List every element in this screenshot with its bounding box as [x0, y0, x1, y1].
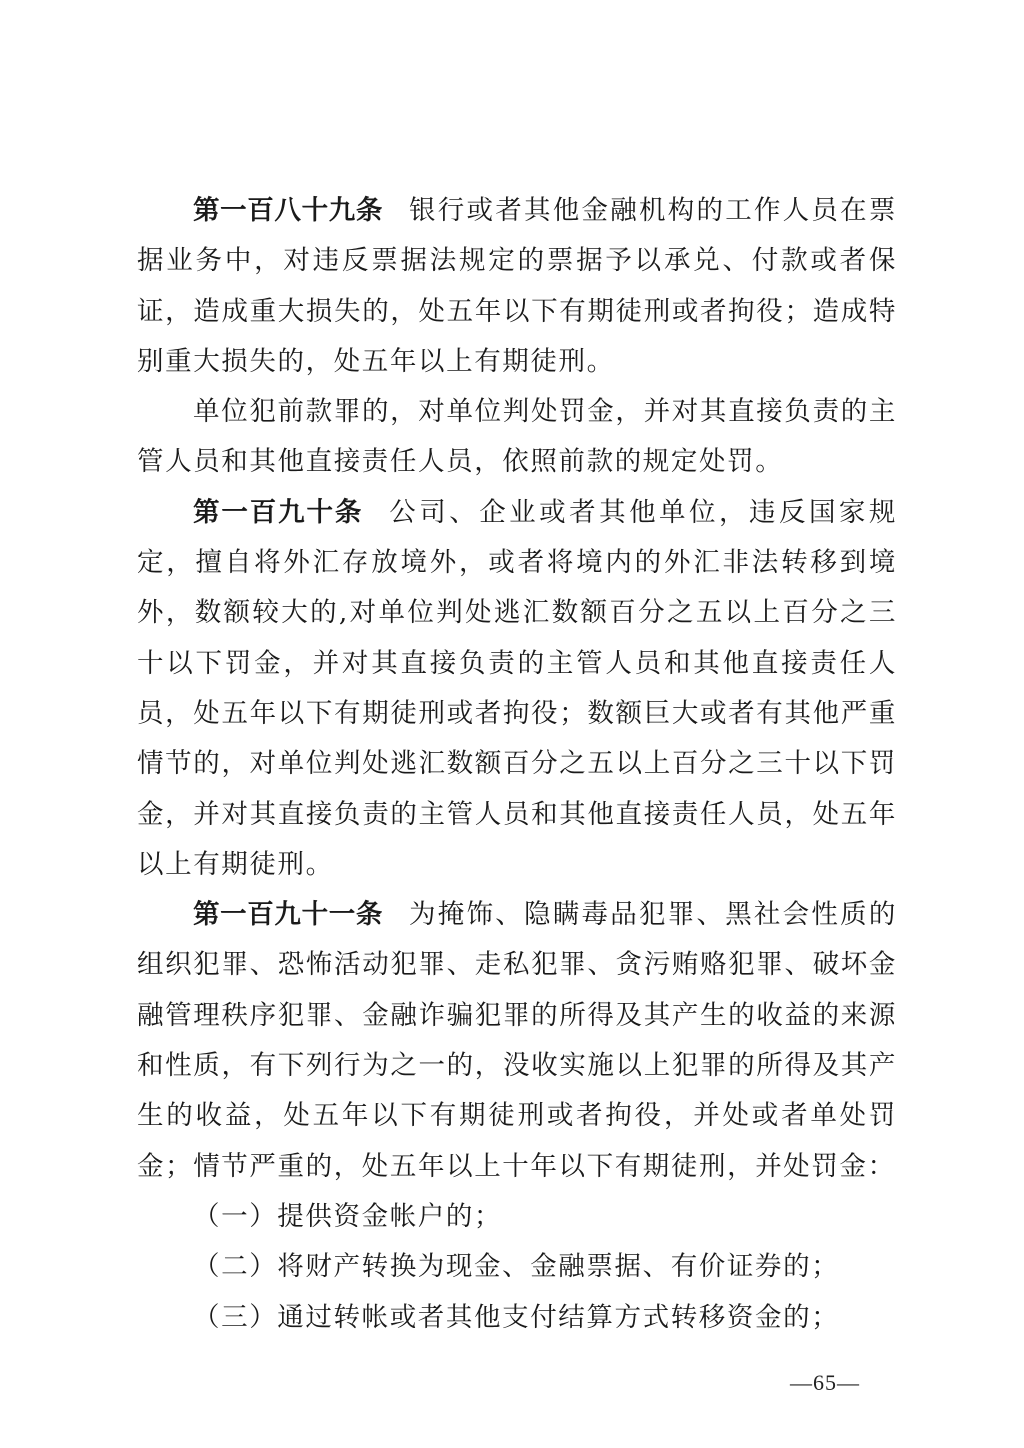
article-191-heading: 第一百九十一条	[193, 899, 383, 930]
article-190-text: 公司、企业或者其他单位，违反国家规定，擅自将外汇存放境外，或者将境内的外汇非法转…	[137, 497, 897, 880]
article-191-item-1: （一）提供资金帐户的；	[137, 1192, 897, 1242]
article-189-paragraph-1: 第一百八十九条银行或者其他金融机构的工作人员在票据业务中，对违反票据法规定的票据…	[137, 186, 897, 387]
page-number: —65—	[790, 1370, 860, 1396]
article-191-text: 为掩饰、隐瞒毒品犯罪、黑社会性质的组织犯罪、恐怖活动犯罪、走私犯罪、贪污贿赂犯罪…	[137, 899, 897, 1181]
article-189-heading: 第一百八十九条	[193, 195, 383, 226]
article-189-paragraph-2: 单位犯前款罪的，对单位判处罚金，并对其直接负责的主管人员和其他直接责任人员，依照…	[137, 387, 897, 488]
article-190-heading: 第一百九十条	[193, 497, 363, 528]
article-191-paragraph-1: 第一百九十一条为掩饰、隐瞒毒品犯罪、黑社会性质的组织犯罪、恐怖活动犯罪、走私犯罪…	[137, 890, 897, 1192]
article-190-paragraph-1: 第一百九十条公司、企业或者其他单位，违反国家规定，擅自将外汇存放境外，或者将境内…	[137, 488, 897, 890]
document-page: 第一百八十九条银行或者其他金融机构的工作人员在票据业务中，对违反票据法规定的票据…	[137, 186, 897, 1343]
article-191-item-3: （三）通过转帐或者其他支付结算方式转移资金的；	[137, 1293, 897, 1343]
article-191-item-2: （二）将财产转换为现金、金融票据、有价证券的；	[137, 1242, 897, 1292]
